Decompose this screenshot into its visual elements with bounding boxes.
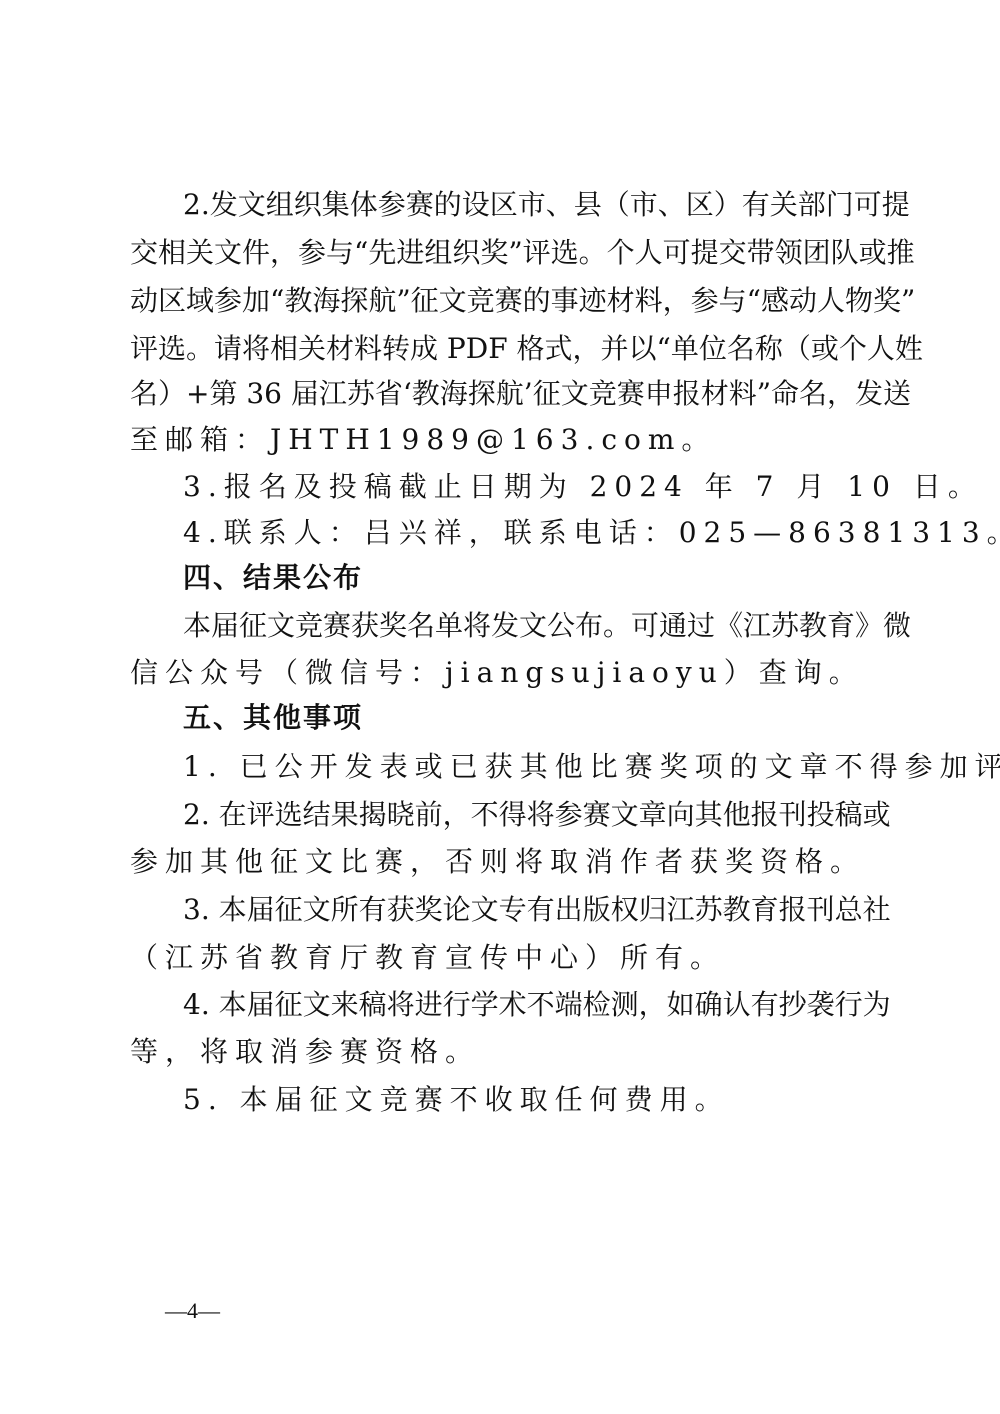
paragraph-line: 本届征文竞赛获奖名单将发文公布。可通过《江苏教育》微: [183, 606, 870, 646]
list-item: 5. 本届征文竞赛不收取任何费用。: [183, 1080, 870, 1120]
document-page: 2.发文组织集体参赛的设区市、县（市、区）有关部门可提 交相关文件，参与“先进组…: [0, 0, 1000, 1414]
paragraph-line: 名）+第 36 届江苏省‘教海探航’征文竞赛申报材料”命名，发送: [130, 374, 870, 414]
list-item: 1. 已公开发表或已获其他比赛奖项的文章不得参加评选。: [183, 747, 870, 787]
paragraph-line: 动区域参加“教海探航”征文竞赛的事迹材料，参与“感动人物奖”: [130, 281, 870, 321]
list-item: 4. 本届征文来稿将进行学术不端检测，如确认有抄袭行为: [183, 985, 870, 1025]
email-line: 至邮箱：JHTH1989@163.com。: [130, 420, 870, 460]
list-item: 3. 本届征文所有获奖论文专有出版权归江苏教育报刊总社: [183, 890, 870, 930]
page-number: —4—: [165, 1296, 220, 1326]
deadline-line: 3.报名及投稿截止日期为 2024 年 7 月 10 日。: [183, 467, 870, 507]
list-item: 2. 在评选结果揭晓前，不得将参赛文章向其他报刊投稿或: [183, 795, 870, 835]
paragraph-line: 2.发文组织集体参赛的设区市、县（市、区）有关部门可提: [183, 185, 870, 225]
section-heading-results: 四、结果公布: [183, 558, 870, 598]
contact-line: 4.联系人：吕兴祥，联系电话：025—86381313。: [183, 513, 870, 553]
paragraph-line: 评选。请将相关材料转成 PDF 格式，并以“单位名称（或个人姓: [130, 329, 870, 369]
section-heading-other: 五、其他事项: [183, 698, 870, 738]
paragraph-line: 信公众号（微信号：jiangsujiaoyu）查询。: [130, 653, 870, 693]
list-item-continuation: 等，将取消参赛资格。: [130, 1032, 870, 1072]
list-item-continuation: （江苏省教育厅教育宣传中心）所有。: [130, 938, 870, 978]
paragraph-line: 交相关文件，参与“先进组织奖”评选。个人可提交带领团队或推: [130, 233, 870, 273]
list-item-continuation: 参加其他征文比赛，否则将取消作者获奖资格。: [130, 842, 870, 882]
